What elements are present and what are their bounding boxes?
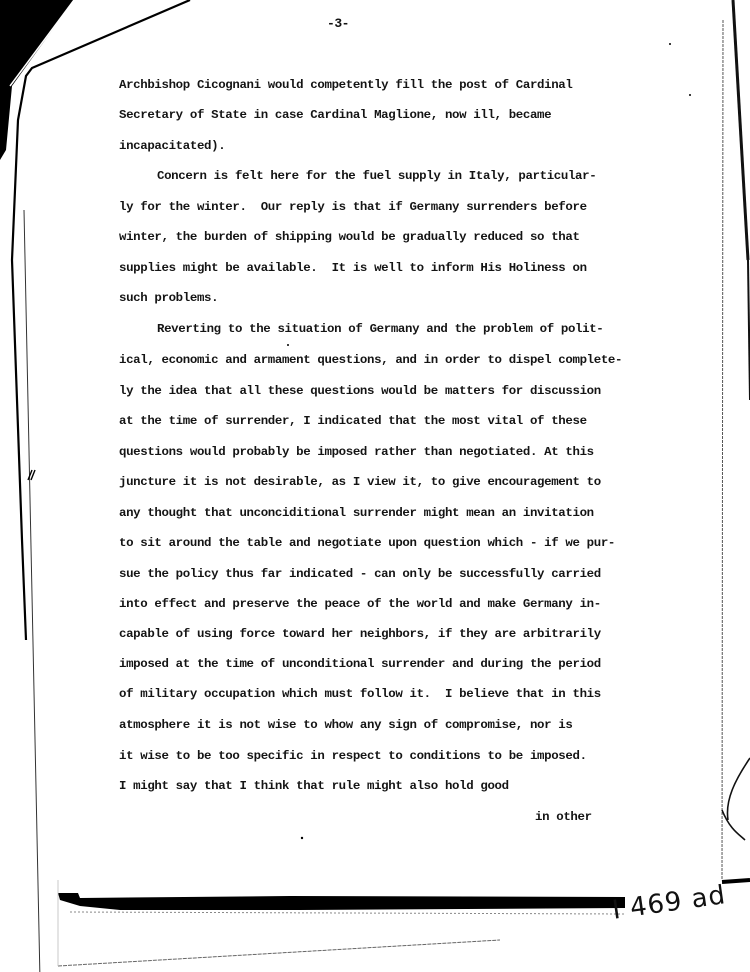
text-line: winter, the burden of shipping would be … (119, 230, 580, 244)
text-line: incapacitated). (119, 139, 225, 153)
text-line: of military occupation which must follow… (119, 687, 601, 701)
text-line: ly the idea that all these questions wou… (119, 384, 601, 398)
continuation-catchword: in other (535, 810, 592, 824)
text-line: such problems. (119, 291, 218, 305)
text-line: it wise to be too specific in respect to… (119, 749, 587, 763)
text-line: ical, economic and armament questions, a… (119, 353, 622, 367)
page-number: -3- (318, 16, 358, 31)
text-line: Concern is felt here for the fuel supply… (157, 169, 596, 183)
text-line: imposed at the time of unconditional sur… (119, 657, 601, 671)
text-line: at the time of surrender, I indicated th… (119, 414, 587, 428)
text-line: sue the policy thus far indicated - can … (119, 567, 601, 581)
text-line: to sit around the table and negotiate up… (119, 536, 615, 550)
text-line: capable of using force toward her neighb… (119, 627, 601, 641)
text-line: questions would probably be imposed rath… (119, 445, 594, 459)
text-line: any thought that unconciditional surrend… (119, 506, 594, 520)
text-line: atmosphere it is not wise to whow any si… (119, 718, 572, 732)
text-line: juncture it is not desirable, as I view … (119, 475, 601, 489)
text-line: Reverting to the situation of Germany an… (157, 322, 603, 336)
text-line: Archbishop Cicognani would competently f… (119, 78, 572, 92)
document-page: -3- Archbishop Cicognani would competent… (0, 0, 750, 972)
text-line: I might say that I think that rule might… (119, 779, 509, 793)
text-line: Secretary of State in case Cardinal Magl… (119, 108, 551, 122)
text-line: ly for the winter. Our reply is that if … (119, 200, 587, 214)
text-line: into effect and preserve the peace of th… (119, 597, 601, 611)
text-line: supplies might be available. It is well … (119, 261, 587, 275)
